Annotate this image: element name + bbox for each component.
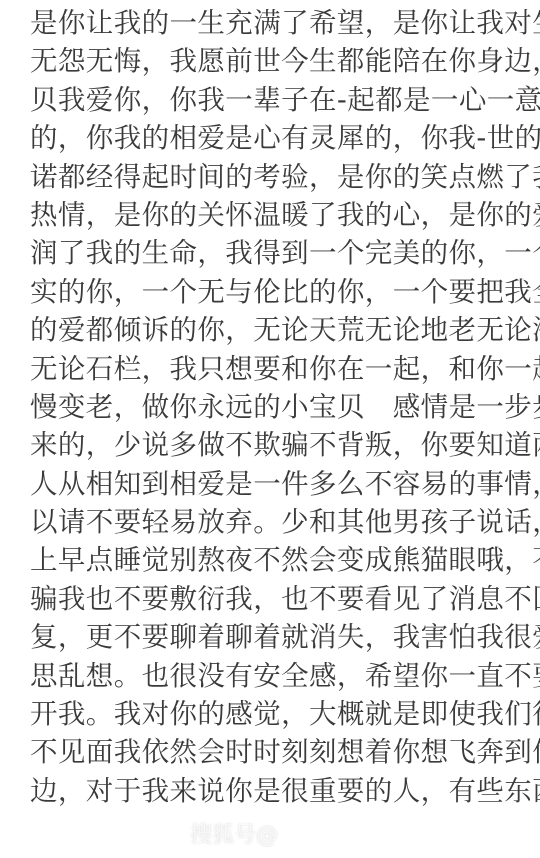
text-line: 是你让我的一生充满了希望，是你让我对生活 — [30, 4, 500, 42]
text-line: 慢变老，做你永远的小宝贝 感情是一步步走 — [30, 388, 500, 426]
watermark: 搜狐号@ — [190, 818, 278, 849]
text-line: 的，你我的相爱是心有灵犀的，你我-世的承 — [30, 119, 500, 157]
text-line: 人从相知到相爱是一件多么不容易的事情，所 — [30, 465, 500, 503]
text-line: 贝我爱你，你我一辈子在-起都是一心一意 — [30, 81, 500, 119]
text-line: 润了我的生命，我得到一个完美的你，一个真 — [30, 234, 500, 272]
article-body: 是你让我的一生充满了希望，是你让我对生活 无怨无悔，我愿前世今生都能陪在你身边，… — [30, 4, 500, 810]
text-line: 骗我也不要敷衍我，也不要看见了消息不回 — [30, 580, 500, 618]
text-line: 无怨无悔，我愿前世今生都能陪在你身边，宝 — [30, 42, 500, 80]
text-line: 以请不要轻易放弃。少和其他男孩子说话，晚 — [30, 503, 500, 541]
text-line: 无论石栏，我只想要和你在一起，和你一起慢 — [30, 350, 500, 388]
text-line: 上早点睡觉别熬夜不然会变成熊猫眼哦，不要 — [30, 541, 500, 579]
text-line: 开我。我对你的感觉，大概就是即使我们很久 — [30, 695, 500, 733]
text-line: 的爱都倾诉的你，无论天荒无论地老无论海枯 — [30, 311, 500, 349]
text-line: 诺都经得起时间的考验，是你的笑点燃了我的 — [30, 158, 500, 196]
text-line: 来的，少说多做不欺骗不背叛，你要知道两个 — [30, 426, 500, 464]
text-line: 思乱想。也很没有安全感，希望你一直不要离 — [30, 657, 500, 695]
text-line: 边，对于我来说你是很重要的人，有些东西我 — [30, 772, 500, 810]
text-line: 热情，是你的关怀温暖了我的心，是你的爱滋 — [30, 196, 500, 234]
text-line: 复，更不要聊着聊着就消失，我害怕我很爱胡 — [30, 618, 500, 656]
text-line: 实的你，一个无与伦比的你，一个要把我全身 — [30, 273, 500, 311]
text-line: 不见面我依然会时时刻刻想着你想飞奔到你身 — [30, 733, 500, 771]
